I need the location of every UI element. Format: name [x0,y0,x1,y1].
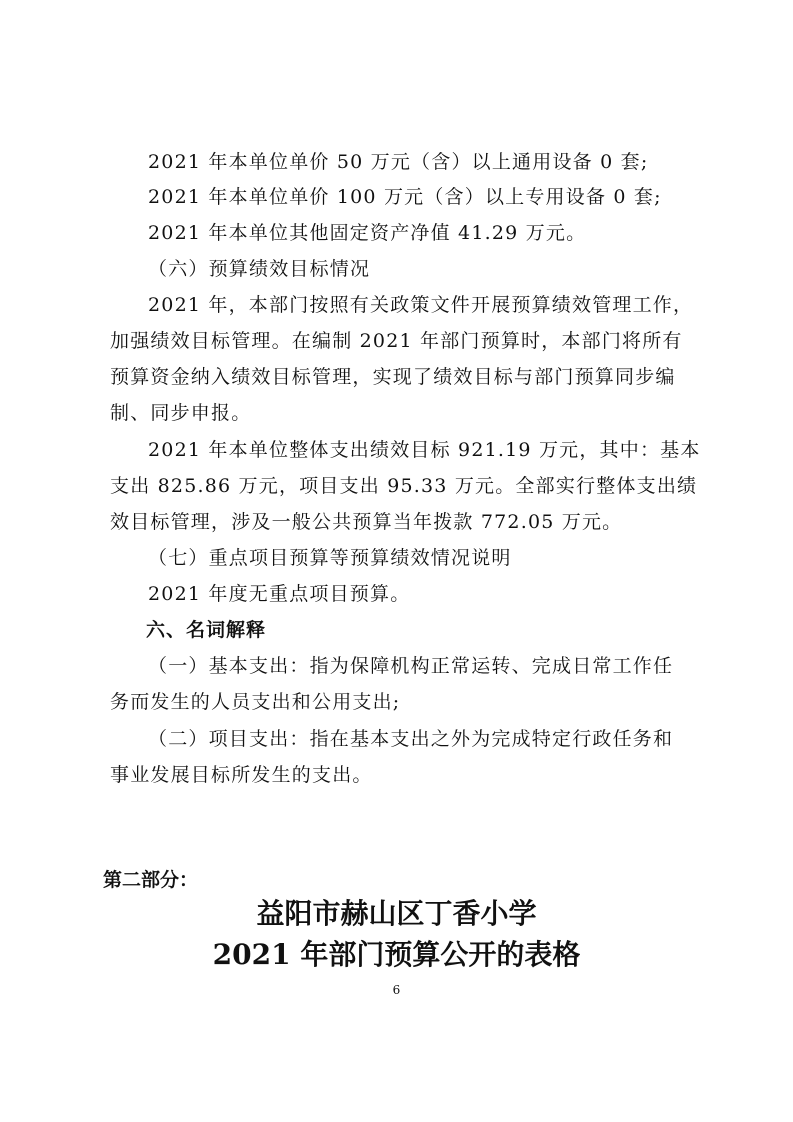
part-two-title-line2: 2021 年部门预算公开的表格 [0,937,793,973]
page-number: 6 [0,983,793,997]
perf-paragraph-line: 加强绩效目标管理。在编制 2021 年部门预算时，本部门将所有 [110,329,683,353]
target-paragraph-line: 效目标管理，涉及一般公共预算当年拨款 772.05 万元。 [110,510,622,534]
perf-paragraph-line: 2021 年，本部门按照有关政策文件开展预算绩效管理工作， [148,293,693,317]
target-paragraph-line: 支出 825.86 万元，项目支出 95.33 万元。全部实行整体支出绩 [110,474,697,498]
asset-line-net-value: 2021 年本单位其他固定资产净值 41.29 万元。 [148,221,586,245]
glossary-basic-expenditure: （一）基本支出：指为保障机构正常运转、完成日常工作任 [148,654,673,678]
part-two-label: 第二部分： [103,868,198,892]
section-7-heading: （七）重点项目预算等预算绩效情况说明 [148,546,512,570]
perf-paragraph-line: 预算资金纳入绩效目标管理，实现了绩效目标与部门预算同步编 [110,365,676,389]
glossary-basic-expenditure: 务而发生的人员支出和公用支出; [110,690,400,714]
glossary-project-expenditure: （二）项目支出：指在基本支出之外为完成特定行政任务和 [148,727,673,751]
asset-line-special-equipment: 2021 年本单位单价 100 万元（含）以上专用设备 0 套; [148,185,662,209]
asset-line-general-equipment: 2021 年本单位单价 50 万元（含）以上通用设备 0 套; [148,150,648,174]
target-paragraph-line: 2021 年本单位整体支出绩效目标 921.19 万元，其中：基本 [148,438,701,462]
section-6-heading: （六）预算绩效目标情况 [148,257,370,281]
part-two-title-line1: 益阳市赫山区丁香小学 [0,896,793,932]
glossary-heading: 六、名词解释 [146,618,266,642]
perf-paragraph-line: 制、同步申报。 [110,401,251,425]
glossary-project-expenditure: 事业发展目标所发生的支出。 [110,763,373,787]
section-7-text: 2021 年度无重点项目预算。 [148,582,410,606]
